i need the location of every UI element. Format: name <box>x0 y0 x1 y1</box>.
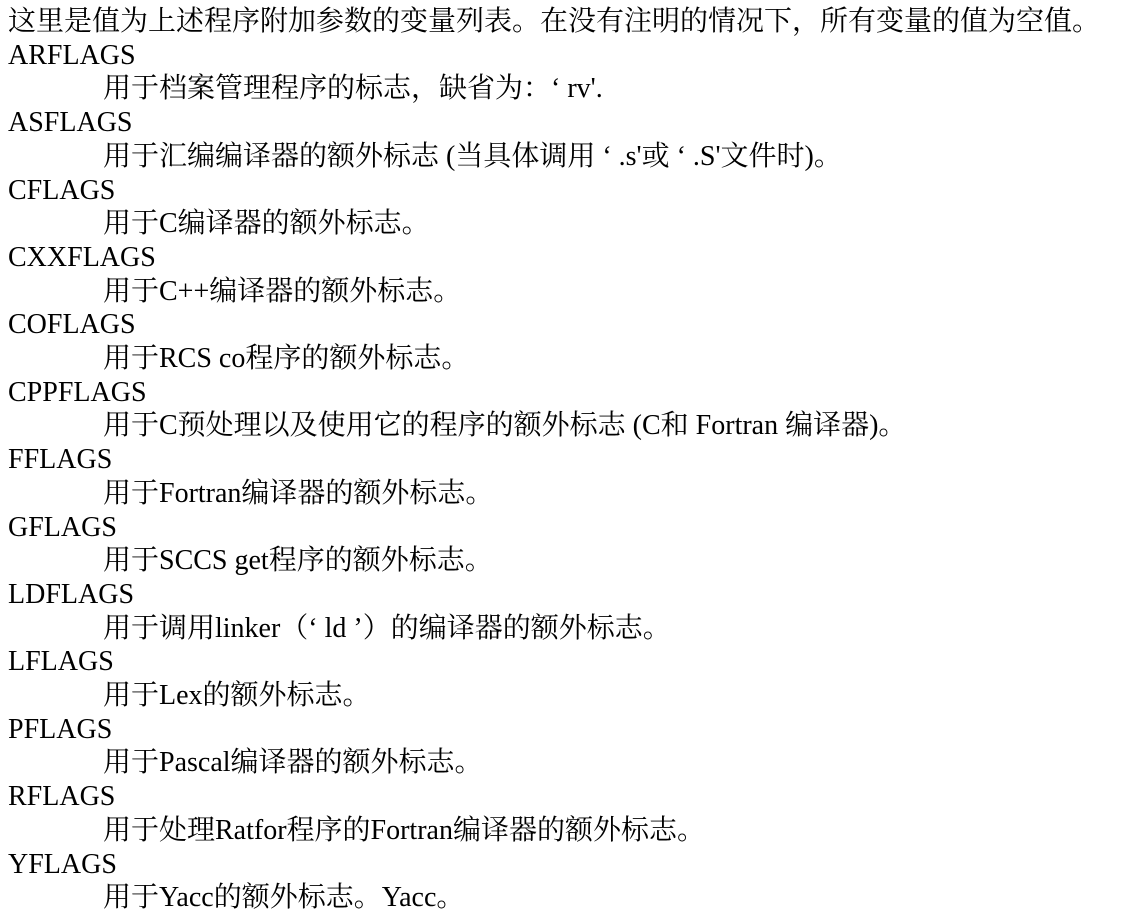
variable-definition: 用于汇编编译器的额外标志 (当具体调用 ‘ .s'或 ‘ .S'文件时)。 <box>8 140 1123 174</box>
intro-paragraph: 这里是值为上述程序附加参数的变量列表。在没有注明的情况下，所有变量的值为空值。 <box>8 5 1123 39</box>
variable-entry-rflags: RFLAGS 用于处理Ratfor程序的Fortran编译器的额外标志。 <box>8 780 1123 847</box>
variable-name: FFLAGS <box>8 443 1123 477</box>
variable-definition: 用于调用linker（‘ ld ’）的编译器的额外标志。 <box>8 612 1123 646</box>
variable-name: CPPFLAGS <box>8 376 1123 410</box>
variable-entry-arflags: ARFLAGS 用于档案管理程序的标志，缺省为：‘ rv'. <box>8 39 1123 106</box>
variable-definition: 用于SCCS get程序的额外标志。 <box>8 544 1123 578</box>
variable-definition: 用于C预处理以及使用它的程序的额外标志 (C和 Fortran 编译器)。 <box>8 409 1123 443</box>
variable-entry-yflags: YFLAGS 用于Yacc的额外标志。Yacc。 <box>8 848 1123 915</box>
variable-entry-lflags: LFLAGS 用于Lex的额外标志。 <box>8 645 1123 712</box>
document-page: 这里是值为上述程序附加参数的变量列表。在没有注明的情况下，所有变量的值为空值。 … <box>0 0 1129 919</box>
variable-name: LDFLAGS <box>8 578 1123 612</box>
variable-name: RFLAGS <box>8 780 1123 814</box>
variable-entry-gflags: GFLAGS 用于SCCS get程序的额外标志。 <box>8 511 1123 578</box>
variable-definition: 用于C++编译器的额外标志。 <box>8 275 1123 309</box>
variable-definition: 用于处理Ratfor程序的Fortran编译器的额外标志。 <box>8 814 1123 848</box>
variable-definition: 用于Pascal编译器的额外标志。 <box>8 746 1123 780</box>
variable-definition: 用于Fortran编译器的额外标志。 <box>8 477 1123 511</box>
variable-name: LFLAGS <box>8 645 1123 679</box>
variable-entry-pflags: PFLAGS 用于Pascal编译器的额外标志。 <box>8 713 1123 780</box>
variable-entry-cppflags: CPPFLAGS 用于C预处理以及使用它的程序的额外标志 (C和 Fortran… <box>8 376 1123 443</box>
variable-name: ARFLAGS <box>8 39 1123 73</box>
variable-entry-fflags: FFLAGS 用于Fortran编译器的额外标志。 <box>8 443 1123 510</box>
variable-definition: 用于档案管理程序的标志，缺省为：‘ rv'. <box>8 72 1123 106</box>
variable-entry-cxxflags: CXXFLAGS 用于C++编译器的额外标志。 <box>8 241 1123 308</box>
variable-name: COFLAGS <box>8 308 1123 342</box>
variable-name: CXXFLAGS <box>8 241 1123 275</box>
variable-definition: 用于Yacc的额外标志。Yacc。 <box>8 881 1123 915</box>
variable-definition: 用于C编译器的额外标志。 <box>8 207 1123 241</box>
variable-entry-cflags: CFLAGS 用于C编译器的额外标志。 <box>8 174 1123 241</box>
variable-name: PFLAGS <box>8 713 1123 747</box>
variable-name: YFLAGS <box>8 848 1123 882</box>
variable-name: ASFLAGS <box>8 106 1123 140</box>
variable-entry-asflags: ASFLAGS 用于汇编编译器的额外标志 (当具体调用 ‘ .s'或 ‘ .S'… <box>8 106 1123 173</box>
variable-name: CFLAGS <box>8 174 1123 208</box>
variable-definition: 用于RCS co程序的额外标志。 <box>8 342 1123 376</box>
variable-definition: 用于Lex的额外标志。 <box>8 679 1123 713</box>
variable-entry-ldflags: LDFLAGS 用于调用linker（‘ ld ’）的编译器的额外标志。 <box>8 578 1123 645</box>
variable-name: GFLAGS <box>8 511 1123 545</box>
variable-entry-coflags: COFLAGS 用于RCS co程序的额外标志。 <box>8 308 1123 375</box>
